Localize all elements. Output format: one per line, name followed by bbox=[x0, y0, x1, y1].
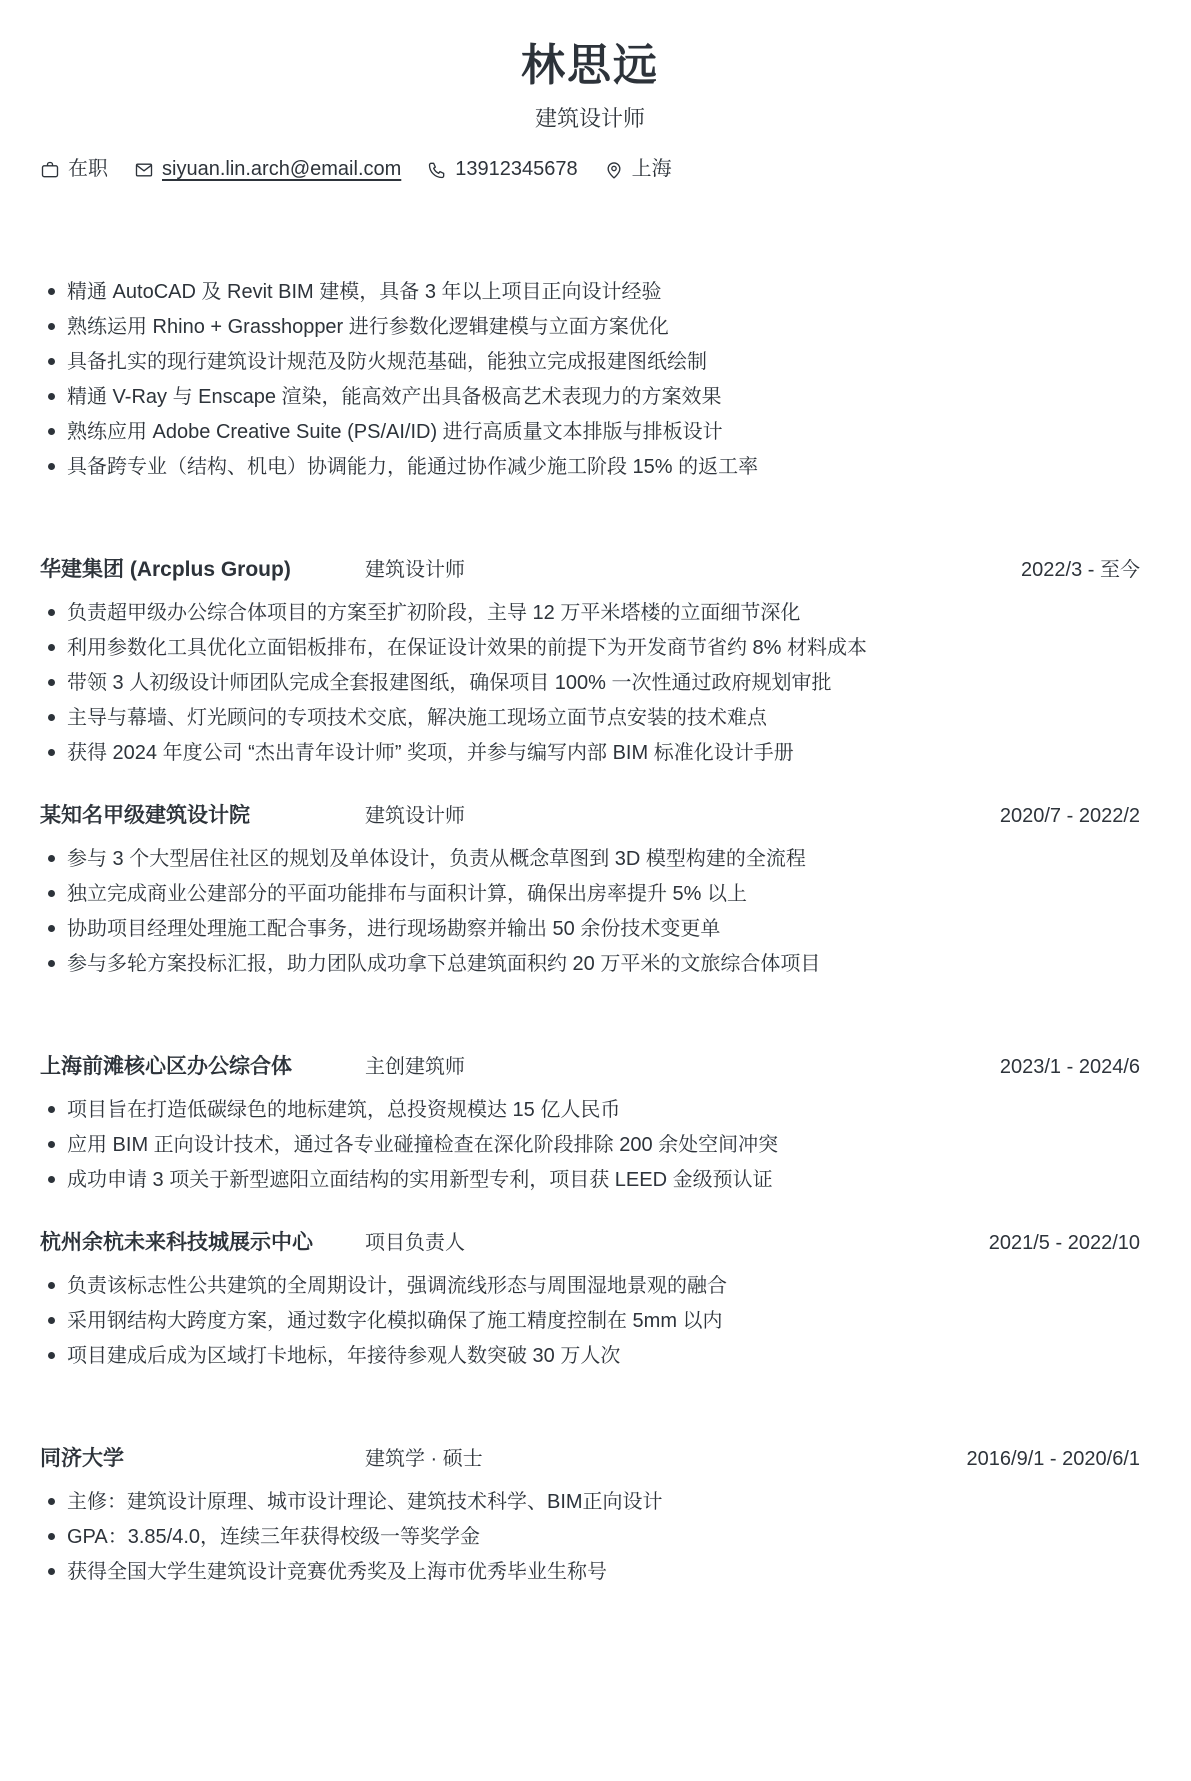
list-item: 精通 AutoCAD 及 Revit BIM 建模，具备 3 年以上项目正向设计… bbox=[40, 281, 1140, 303]
list-item: 参与 3 个大型居住社区的规划及单体设计，负责从概念草图到 3D 模型构建的全流… bbox=[40, 848, 1140, 870]
location-label: 上海 bbox=[632, 158, 672, 181]
email-item: siyuan.lin.arch@email.com bbox=[134, 158, 401, 181]
job-role: 建筑设计师 bbox=[365, 805, 465, 828]
degree: 建筑学 · 硕士 bbox=[365, 1448, 483, 1471]
contact-row: 在职 siyuan.lin.arch@email.com 13912345678… bbox=[40, 158, 1140, 181]
company-name: 某知名甲级建筑设计院 bbox=[40, 804, 365, 827]
entry-header: 杭州余杭未来科技城展示中心 项目负责人 2021/5 - 2022/10 bbox=[40, 1231, 1140, 1255]
list-item: 获得全国大学生建筑设计竞赛优秀奖及上海市优秀毕业生称号 bbox=[40, 1561, 1140, 1583]
experience-entry: 某知名甲级建筑设计院 建筑设计师 2020/7 - 2022/2 参与 3 个大… bbox=[40, 804, 1140, 975]
phone-icon bbox=[427, 160, 447, 180]
project-name: 上海前滩核心区办公综合体 bbox=[40, 1055, 365, 1078]
date-range: 2020/7 - 2022/2 bbox=[1000, 805, 1140, 828]
date-range: 2016/9/1 - 2020/6/1 bbox=[967, 1448, 1140, 1471]
summary-bullet-text: 熟练应用 Adobe Creative Suite (PS/AI/ID) 进行高… bbox=[67, 421, 723, 443]
list-item: 参与多轮方案投标汇报，助力团队成功拿下总建筑面积约 20 万平米的文旅综合体项目 bbox=[40, 953, 1140, 975]
list-item: 成功申请 3 项关于新型遮阳立面结构的实用新型专利，项目获 LEED 金级预认证 bbox=[40, 1169, 1140, 1191]
phone-item: 13912345678 bbox=[427, 158, 577, 181]
resume-page: 林思远 建筑设计师 在职 siyuan.lin.arch@email.com 1… bbox=[0, 0, 1191, 1781]
list-item: 负责超甲级办公综合体项目的方案至扩初阶段，主导 12 万平米塔楼的立面细节深化 bbox=[40, 602, 1140, 624]
education-bullet-text: GPA：3.85/4.0，连续三年获得校级一等奖学金 bbox=[67, 1526, 480, 1548]
project-entry: 上海前滩核心区办公综合体 主创建筑师 2023/1 - 2024/6 项目旨在打… bbox=[40, 1055, 1140, 1191]
date-range: 2023/1 - 2024/6 bbox=[1000, 1056, 1140, 1079]
list-item: 项目旨在打造低碳绿色的地标建筑，总投资规模达 15 亿人民币 bbox=[40, 1099, 1140, 1121]
email-link[interactable]: siyuan.lin.arch@email.com bbox=[162, 158, 401, 181]
school-name: 同济大学 bbox=[40, 1447, 365, 1470]
list-item: 主修：建筑设计原理、城市设计理论、建筑技术科学、BIM正向设计 bbox=[40, 1491, 1140, 1513]
experience-entry: 华建集团 (Arcplus Group) 建筑设计师 2022/3 - 至今 负… bbox=[40, 558, 1140, 764]
date-range: 2022/3 - 至今 bbox=[1021, 559, 1140, 582]
entry-header: 上海前滩核心区办公综合体 主创建筑师 2023/1 - 2024/6 bbox=[40, 1055, 1140, 1079]
list-item: 主导与幕墙、灯光顾问的专项技术交底，解决施工现场立面节点安装的技术难点 bbox=[40, 707, 1140, 729]
date-range: 2021/5 - 2022/10 bbox=[989, 1232, 1140, 1255]
project-bullet-text: 项目旨在打造低碳绿色的地标建筑，总投资规模达 15 亿人民币 bbox=[67, 1099, 620, 1121]
list-item: 带领 3 人初级设计师团队完成全套报建图纸，确保项目 100% 一次性通过政府规… bbox=[40, 672, 1140, 694]
list-item: 精通 V-Ray 与 Enscape 渲染，能高效产出具备极高艺术表现力的方案效… bbox=[40, 386, 1140, 408]
summary-list: 精通 AutoCAD 及 Revit BIM 建模，具备 3 年以上项目正向设计… bbox=[40, 281, 1140, 478]
experience-bullet-text: 参与 3 个大型居住社区的规划及单体设计，负责从概念草图到 3D 模型构建的全流… bbox=[67, 848, 806, 870]
education-bullet-text: 获得全国大学生建筑设计竞赛优秀奖及上海市优秀毕业生称号 bbox=[67, 1561, 607, 1583]
list-item: 协助项目经理处理施工配合事务，进行现场勘察并输出 50 余份技术变更单 bbox=[40, 918, 1140, 940]
job-role: 建筑设计师 bbox=[365, 559, 465, 582]
project-role: 主创建筑师 bbox=[365, 1056, 465, 1079]
candidate-name: 林思远 bbox=[40, 40, 1140, 91]
list-item: 熟练应用 Adobe Creative Suite (PS/AI/ID) 进行高… bbox=[40, 421, 1140, 443]
projects-section: 上海前滩核心区办公综合体 主创建筑师 2023/1 - 2024/6 项目旨在打… bbox=[40, 1055, 1140, 1367]
company-name: 华建集团 (Arcplus Group) bbox=[40, 558, 365, 581]
project-bullet-text: 项目建成后成为区域打卡地标，年接待参观人数突破 30 万人次 bbox=[67, 1345, 620, 1367]
list-item: 项目建成后成为区域打卡地标，年接待参观人数突破 30 万人次 bbox=[40, 1345, 1140, 1367]
project-bullet-text: 应用 BIM 正向设计技术，通过各专业碰撞检查在深化阶段排除 200 余处空间冲… bbox=[67, 1134, 778, 1156]
experience-bullet-list: 负责超甲级办公综合体项目的方案至扩初阶段，主导 12 万平米塔楼的立面细节深化 … bbox=[40, 602, 1140, 764]
employment-status-label: 在职 bbox=[68, 158, 108, 181]
experience-bullet-text: 获得 2024 年度公司 “杰出青年设计师” 奖项，并参与编写内部 BIM 标准… bbox=[67, 742, 794, 764]
experience-bullet-text: 独立完成商业公建部分的平面功能排布与面积计算，确保出房率提升 5% 以上 bbox=[67, 883, 747, 905]
project-role: 项目负责人 bbox=[365, 1232, 465, 1255]
project-bullet-text: 成功申请 3 项关于新型遮阳立面结构的实用新型专利，项目获 LEED 金级预认证 bbox=[67, 1169, 773, 1191]
location-pin-icon bbox=[604, 160, 624, 180]
summary-bullet-text: 精通 V-Ray 与 Enscape 渲染，能高效产出具备极高艺术表现力的方案效… bbox=[67, 386, 722, 408]
list-item: 获得 2024 年度公司 “杰出青年设计师” 奖项，并参与编写内部 BIM 标准… bbox=[40, 742, 1140, 764]
project-bullet-list: 项目旨在打造低碳绿色的地标建筑，总投资规模达 15 亿人民币 应用 BIM 正向… bbox=[40, 1099, 1140, 1191]
experience-bullet-text: 协助项目经理处理施工配合事务，进行现场勘察并输出 50 余份技术变更单 bbox=[67, 918, 720, 940]
summary-section: 精通 AutoCAD 及 Revit BIM 建模，具备 3 年以上项目正向设计… bbox=[40, 281, 1140, 478]
mail-icon bbox=[134, 160, 154, 180]
education-bullet-text: 主修：建筑设计原理、城市设计理论、建筑技术科学、BIM正向设计 bbox=[67, 1491, 663, 1513]
resume-header: 林思远 建筑设计师 bbox=[40, 40, 1140, 132]
summary-bullet-text: 精通 AutoCAD 及 Revit BIM 建模，具备 3 年以上项目正向设计… bbox=[67, 281, 662, 303]
experience-bullet-text: 利用参数化工具优化立面铝板排布，在保证设计效果的前提下为开发商节省约 8% 材料… bbox=[67, 637, 867, 659]
employment-status-item: 在职 bbox=[40, 158, 108, 181]
list-item: GPA：3.85/4.0，连续三年获得校级一等奖学金 bbox=[40, 1526, 1140, 1548]
list-item: 应用 BIM 正向设计技术，通过各专业碰撞检查在深化阶段排除 200 余处空间冲… bbox=[40, 1134, 1140, 1156]
experience-bullet-text: 负责超甲级办公综合体项目的方案至扩初阶段，主导 12 万平米塔楼的立面细节深化 bbox=[67, 602, 800, 624]
education-section: 同济大学 建筑学 · 硕士 2016/9/1 - 2020/6/1 主修：建筑设… bbox=[40, 1447, 1140, 1583]
project-name: 杭州余杭未来科技城展示中心 bbox=[40, 1231, 365, 1254]
education-bullet-list: 主修：建筑设计原理、城市设计理论、建筑技术科学、BIM正向设计 GPA：3.85… bbox=[40, 1491, 1140, 1583]
list-item: 采用钢结构大跨度方案，通过数字化模拟确保了施工精度控制在 5mm 以内 bbox=[40, 1310, 1140, 1332]
candidate-job-title: 建筑设计师 bbox=[40, 105, 1140, 132]
entry-header: 同济大学 建筑学 · 硕士 2016/9/1 - 2020/6/1 bbox=[40, 1447, 1140, 1471]
experience-bullet-text: 主导与幕墙、灯光顾问的专项技术交底，解决施工现场立面节点安装的技术难点 bbox=[67, 707, 767, 729]
project-bullet-text: 采用钢结构大跨度方案，通过数字化模拟确保了施工精度控制在 5mm 以内 bbox=[67, 1310, 723, 1332]
summary-bullet-text: 熟练运用 Rhino + Grasshopper 进行参数化逻辑建模与立面方案优… bbox=[67, 316, 669, 338]
list-item: 负责该标志性公共建筑的全周期设计，强调流线形态与周围湿地景观的融合 bbox=[40, 1275, 1140, 1297]
experience-bullet-text: 带领 3 人初级设计师团队完成全套报建图纸，确保项目 100% 一次性通过政府规… bbox=[67, 672, 832, 694]
list-item: 熟练运用 Rhino + Grasshopper 进行参数化逻辑建模与立面方案优… bbox=[40, 316, 1140, 338]
project-bullet-text: 负责该标志性公共建筑的全周期设计，强调流线形态与周围湿地景观的融合 bbox=[67, 1275, 727, 1297]
entry-header: 华建集团 (Arcplus Group) 建筑设计师 2022/3 - 至今 bbox=[40, 558, 1140, 582]
project-entry: 杭州余杭未来科技城展示中心 项目负责人 2021/5 - 2022/10 负责该… bbox=[40, 1231, 1140, 1367]
project-bullet-list: 负责该标志性公共建筑的全周期设计，强调流线形态与周围湿地景观的融合 采用钢结构大… bbox=[40, 1275, 1140, 1367]
experience-bullet-text: 参与多轮方案投标汇报，助力团队成功拿下总建筑面积约 20 万平米的文旅综合体项目 bbox=[67, 953, 820, 975]
entry-header: 某知名甲级建筑设计院 建筑设计师 2020/7 - 2022/2 bbox=[40, 804, 1140, 828]
experience-section: 华建集团 (Arcplus Group) 建筑设计师 2022/3 - 至今 负… bbox=[40, 558, 1140, 975]
summary-bullet-text: 具备跨专业（结构、机电）协调能力，能通过协作减少施工阶段 15% 的返工率 bbox=[67, 456, 758, 478]
briefcase-icon bbox=[40, 160, 60, 180]
location-item: 上海 bbox=[604, 158, 672, 181]
education-entry: 同济大学 建筑学 · 硕士 2016/9/1 - 2020/6/1 主修：建筑设… bbox=[40, 1447, 1140, 1583]
phone-label: 13912345678 bbox=[455, 158, 577, 181]
list-item: 具备扎实的现行建筑设计规范及防火规范基础，能独立完成报建图纸绘制 bbox=[40, 351, 1140, 373]
list-item: 独立完成商业公建部分的平面功能排布与面积计算，确保出房率提升 5% 以上 bbox=[40, 883, 1140, 905]
list-item: 具备跨专业（结构、机电）协调能力，能通过协作减少施工阶段 15% 的返工率 bbox=[40, 456, 1140, 478]
experience-bullet-list: 参与 3 个大型居住社区的规划及单体设计，负责从概念草图到 3D 模型构建的全流… bbox=[40, 848, 1140, 975]
summary-bullet-text: 具备扎实的现行建筑设计规范及防火规范基础，能独立完成报建图纸绘制 bbox=[67, 351, 707, 373]
list-item: 利用参数化工具优化立面铝板排布，在保证设计效果的前提下为开发商节省约 8% 材料… bbox=[40, 637, 1140, 659]
